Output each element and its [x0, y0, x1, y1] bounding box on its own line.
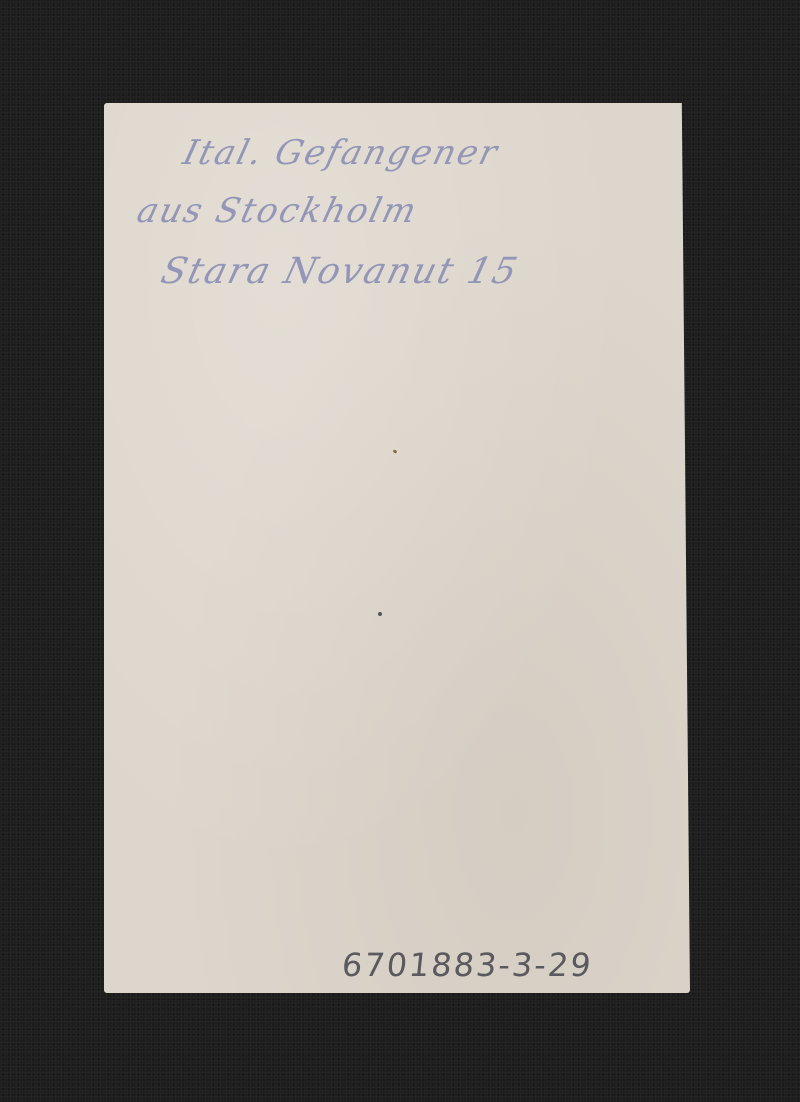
inscription-line-1: Ital. Gefangener — [179, 133, 503, 173]
paper-speck — [393, 449, 398, 454]
paper-speck — [378, 612, 382, 616]
catalog-number: 6701883-3-29 — [340, 946, 595, 984]
inscription-line-2: aus Stockholm — [133, 191, 422, 231]
inscription-line-3: Stara Novanut 15 — [157, 251, 523, 292]
photo-card-back: Ital. Gefangener aus Stockholm Stara Nov… — [104, 103, 690, 993]
